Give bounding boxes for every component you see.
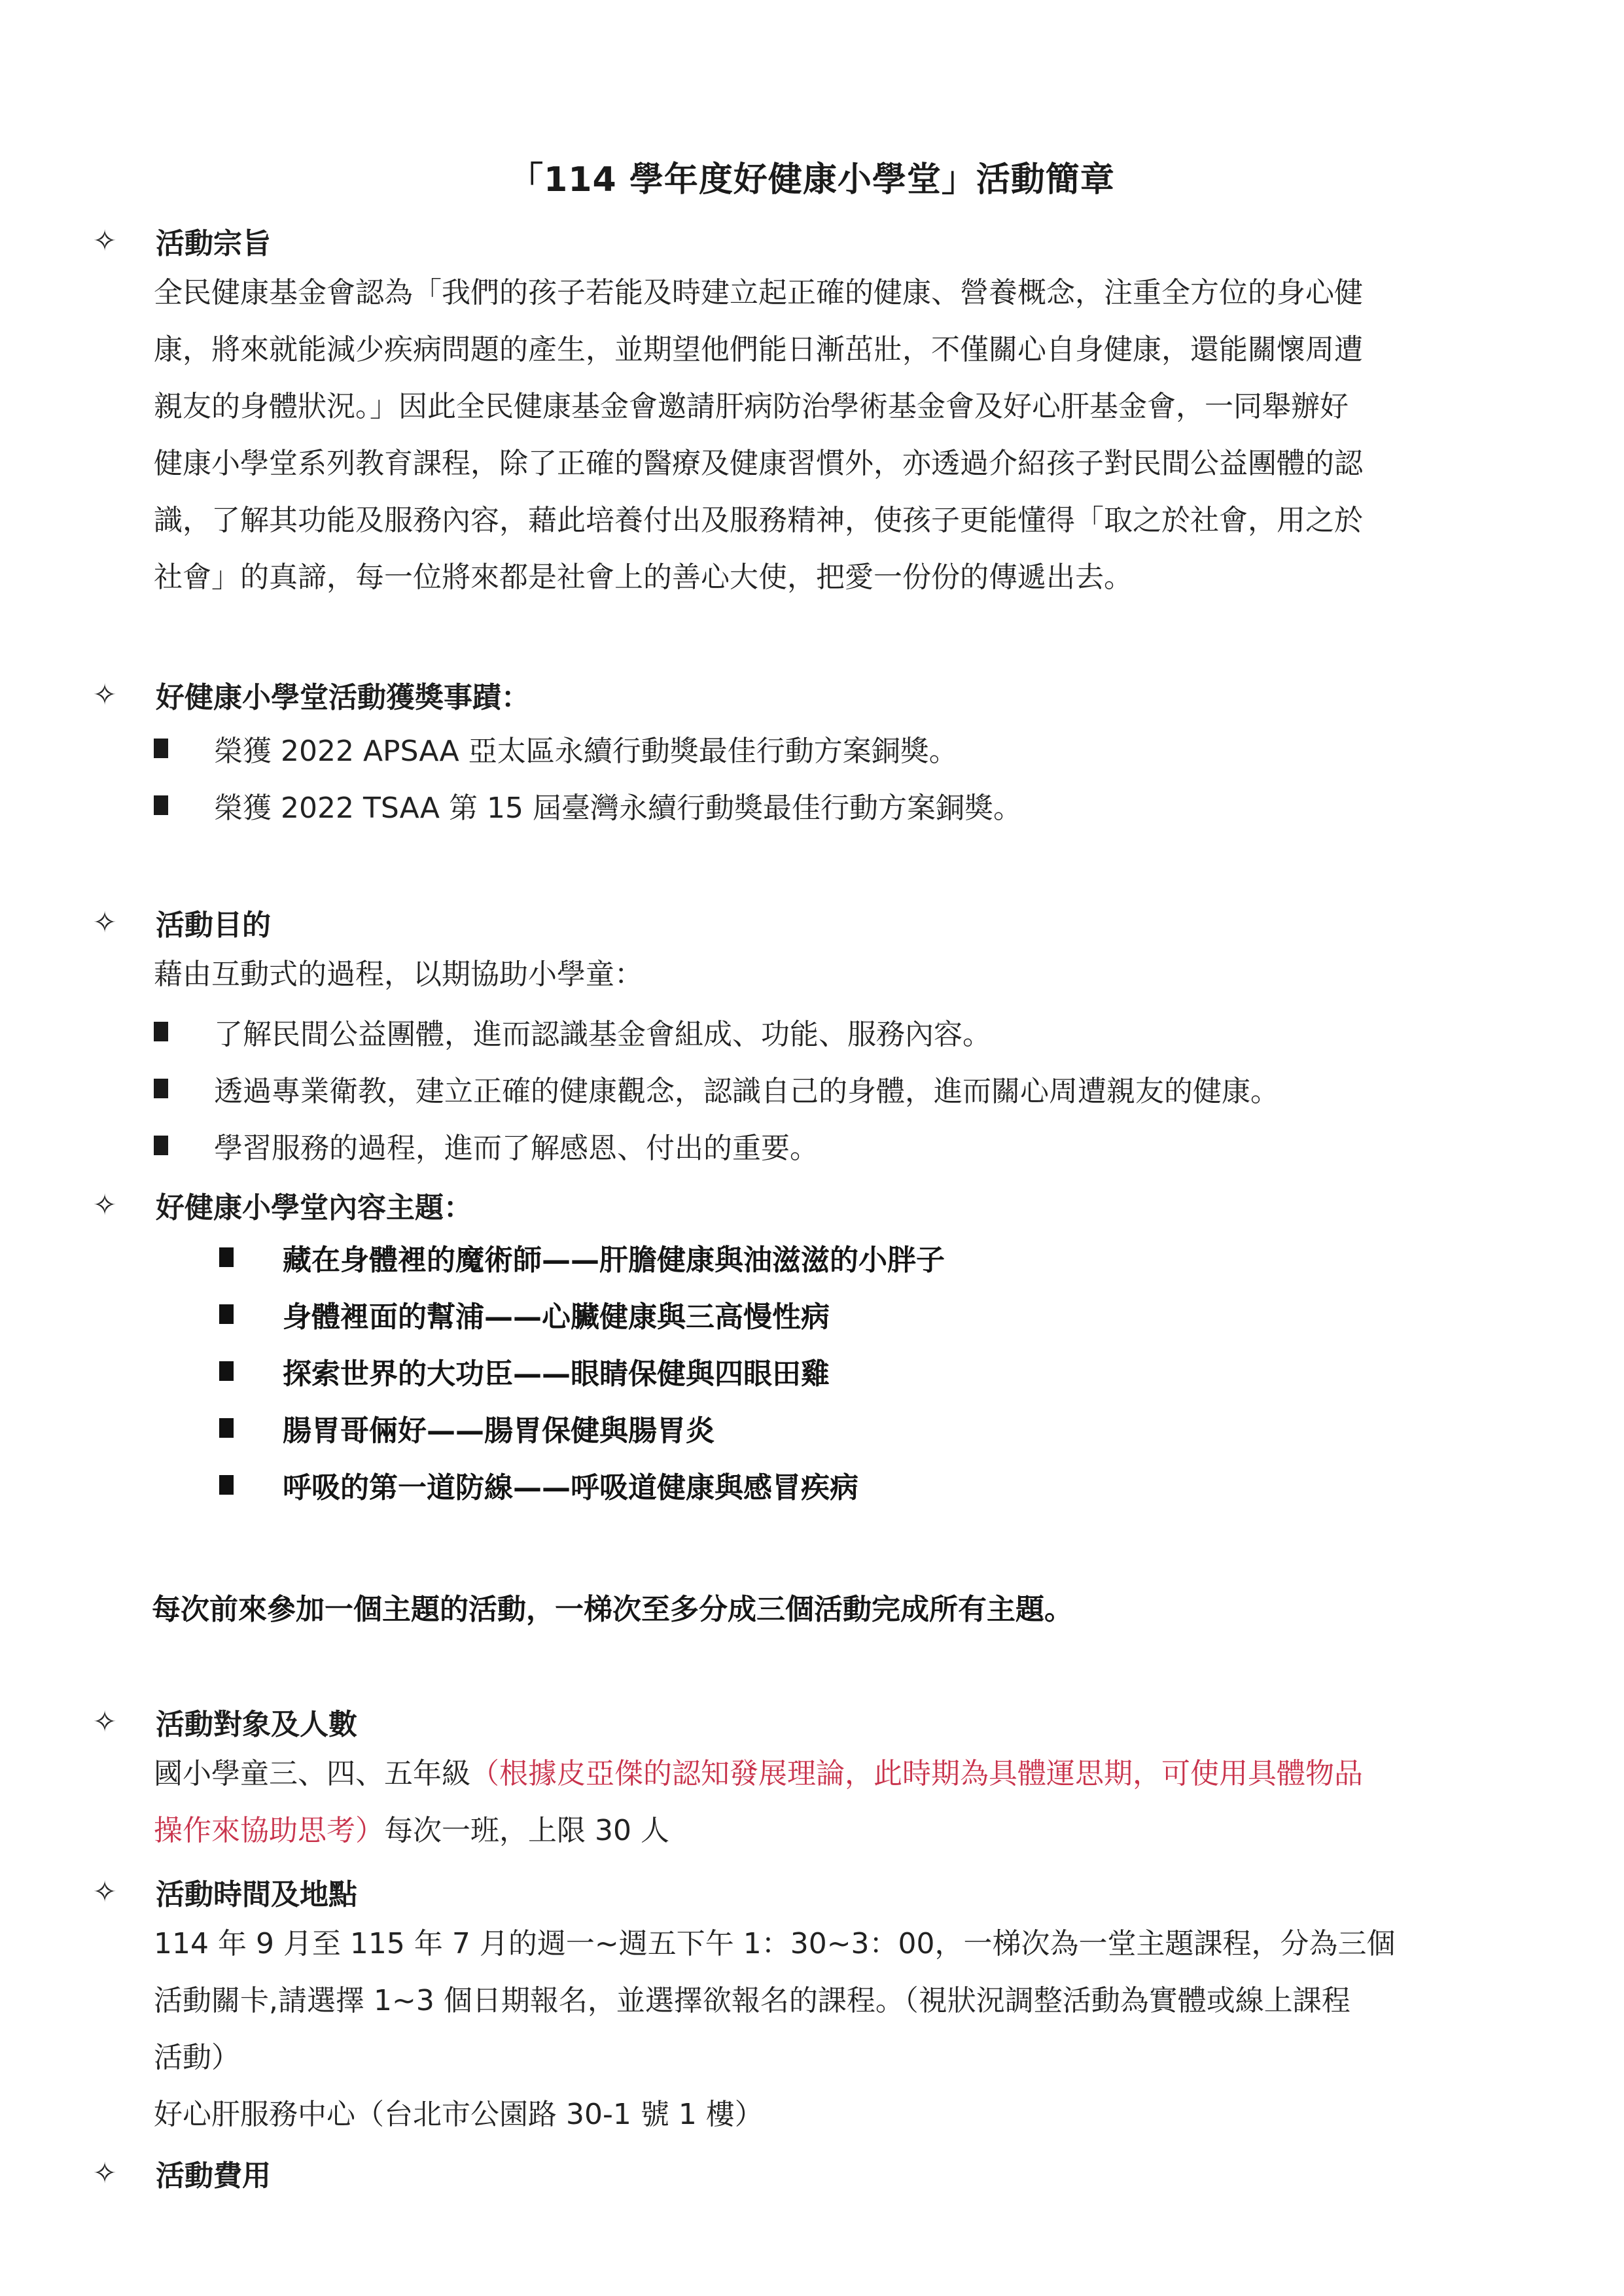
paragraph-line: 親友的身體狀況。」因此全民健康基金會邀請肝病防治學術基金會及好心肝基金會，一同舉…: [154, 378, 1528, 435]
section-heading-audience: ✧ 活動對象及人數: [85, 1701, 357, 1743]
audience-paragraph: 國小學童三、四、五年級（根據皮亞傑的認知發展理論，此時期為具體運思期，可使用具體…: [154, 1745, 1528, 1859]
audience-note-red: 操作來協助思考）: [154, 1814, 384, 1847]
list-item: 透過專業衛教，建立正確的健康觀念，認識自己的身體，進而關心周遭親友的健康。: [154, 1060, 1279, 1117]
goals-list: 了解民間公益團體，進而認識基金會組成、功能、服務內容。 透過專業衛教，建立正確的…: [154, 1003, 1279, 1174]
location-line: 好心肝服務中心（台北市公園路 30-1 號 1 樓）: [154, 2086, 1528, 2143]
list-item: 呼吸的第一道防線——呼吸道健康與感冒疾病: [219, 1456, 945, 1513]
list-item: 身體裡面的幫浦——心臟健康與三高慢性病: [219, 1285, 945, 1342]
section-heading-schedule: ✧ 活動時間及地點: [85, 1871, 357, 1913]
list-item: 探索世界的大功臣——眼睛保健與四眼田雞: [219, 1342, 945, 1399]
diamond-outline-icon: ✧: [85, 224, 124, 258]
goals-intro: 藉由互動式的過程，以期協助小學童：: [154, 946, 1528, 1003]
paragraph-line: 健康小學堂系列教育課程，除了正確的醫療及健康習慣外，亦透過介紹孩子對民間公益團體…: [154, 435, 1528, 492]
black-square-icon: [154, 1022, 168, 1041]
paragraph-line: 114 年 9 月至 115 年 7 月的週一~週五下午 1：30~3：00，一…: [154, 1915, 1528, 1972]
topics-list: 藏在身體裡的魔術師——肝膽健康與油滋滋的小胖子 身體裡面的幫浦——心臟健康與三高…: [219, 1228, 945, 1513]
diamond-outline-icon: ✧: [85, 906, 124, 939]
audience-grades: 國小學童三、四、五年級: [154, 1757, 470, 1790]
section-heading-goals: ✧ 活動目的: [85, 901, 271, 943]
list-item: 榮獲 2022 TSAA 第 15 屆臺灣永續行動獎最佳行動方案銅獎。: [154, 776, 1022, 833]
diamond-outline-icon: ✧: [85, 1189, 124, 1222]
black-square-icon: [219, 1418, 234, 1438]
paragraph-line: 社會」的真諦，每一位將來都是社會上的善心大使，把愛一份份的傳遞出去。: [154, 549, 1528, 606]
diamond-outline-icon: ✧: [85, 678, 124, 712]
topics-note: 每次前來參加一個主題的活動，一梯次至多分成三個活動完成所有主題。: [152, 1586, 1073, 1627]
document-title: 「114 學年度好健康小學堂」活動簡章: [0, 152, 1624, 201]
section-heading-purpose: ✧ 活動宗旨: [85, 220, 271, 262]
paragraph-line: 識，了解其功能及服務內容，藉此培養付出及服務精神，使孩子更能懂得「取之於社會，用…: [154, 492, 1528, 549]
black-square-icon: [219, 1247, 234, 1267]
list-item: 榮獲 2022 APSAA 亞太區永續行動獎最佳行動方案銅獎。: [154, 720, 1022, 776]
paragraph-line: 活動）: [154, 2029, 1528, 2086]
black-square-icon: [154, 1079, 168, 1098]
black-square-icon: [219, 1361, 234, 1381]
section-heading-awards: ✧ 好健康小學堂活動獲獎事蹟：: [85, 674, 530, 716]
list-item: 學習服務的過程，進而了解感恩、付出的重要。: [154, 1117, 1279, 1174]
diamond-outline-icon: ✧: [85, 2157, 124, 2190]
black-square-icon: [219, 1475, 234, 1495]
awards-list: 榮獲 2022 APSAA 亞太區永續行動獎最佳行動方案銅獎。 榮獲 2022 …: [154, 720, 1022, 833]
black-square-icon: [219, 1304, 234, 1324]
black-square-icon: [154, 739, 168, 758]
section-heading-topics: ✧ 好健康小學堂內容主題：: [85, 1184, 472, 1226]
audience-limit: 每次一班，上限 30 人: [384, 1814, 669, 1847]
diamond-outline-icon: ✧: [85, 1875, 124, 1909]
paragraph-line: 全民健康基金會認為「我們的孩子若能及時建立起正確的健康、營養概念，注重全方位的身…: [154, 264, 1528, 321]
audience-note-red: （根據皮亞傑的認知發展理論，此時期為具體運思期，可使用具體物品: [470, 1757, 1363, 1790]
list-item: 藏在身體裡的魔術師——肝膽健康與油滋滋的小胖子: [219, 1228, 945, 1285]
section-heading-fee: ✧ 活動費用: [85, 2152, 271, 2194]
document-page: 「114 學年度好健康小學堂」活動簡章 ✧ 活動宗旨 全民健康基金會認為「我們的…: [0, 0, 1624, 2296]
black-square-icon: [154, 795, 168, 815]
list-item: 腸胃哥倆好——腸胃保健與腸胃炎: [219, 1399, 945, 1456]
schedule-paragraph: 114 年 9 月至 115 年 7 月的週一~週五下午 1：30~3：00，一…: [154, 1915, 1528, 2143]
paragraph-line: 活動關卡,請選擇 1~3 個日期報名，並選擇欲報名的課程。（視狀況調整活動為實體…: [154, 1972, 1528, 2029]
list-item: 了解民間公益團體，進而認識基金會組成、功能、服務內容。: [154, 1003, 1279, 1060]
black-square-icon: [154, 1136, 168, 1155]
paragraph-line: 康，將來就能減少疾病問題的產生，並期望他們能日漸茁壯，不僅關心自身健康，還能關懷…: [154, 321, 1528, 378]
diamond-outline-icon: ✧: [85, 1705, 124, 1739]
purpose-paragraph: 全民健康基金會認為「我們的孩子若能及時建立起正確的健康、營養概念，注重全方位的身…: [154, 264, 1528, 606]
